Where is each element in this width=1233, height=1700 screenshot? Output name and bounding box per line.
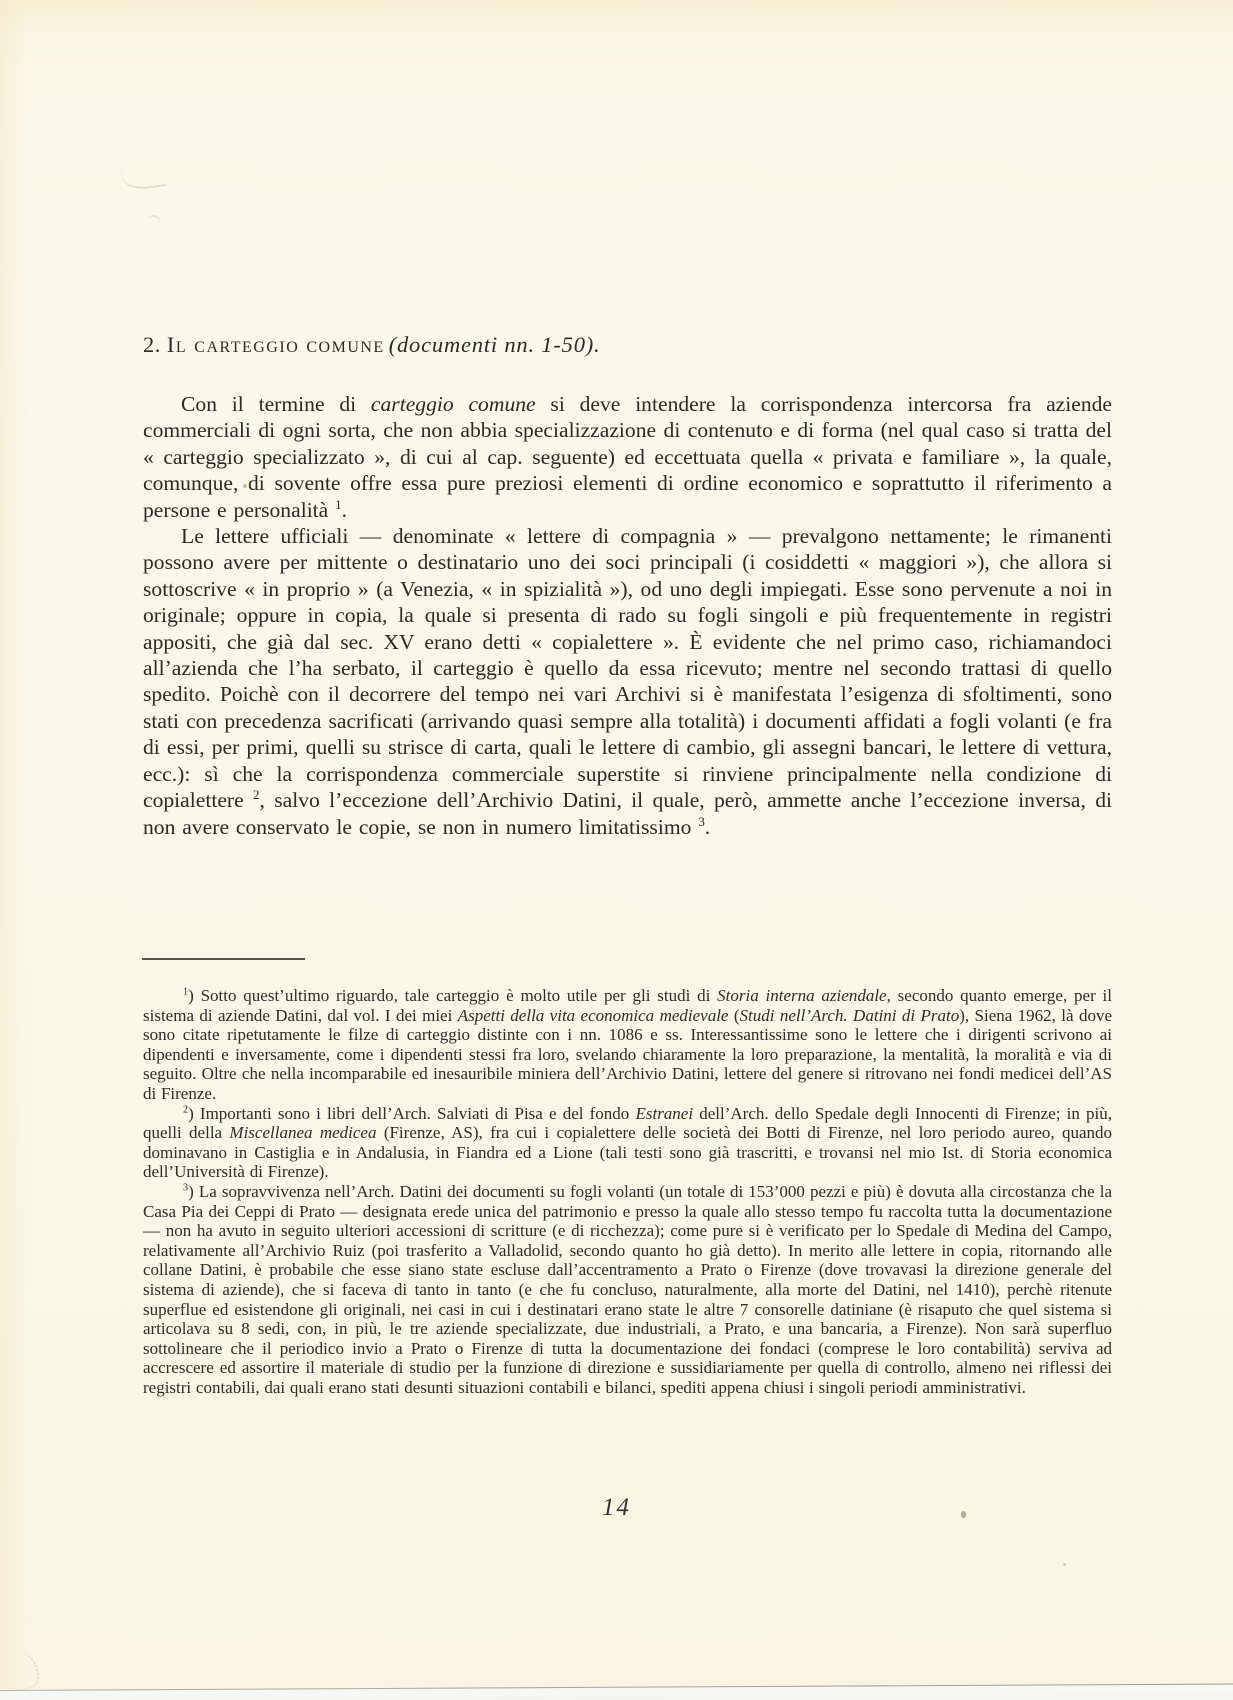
body-text: Con il termine di carteggio comune si de…: [143, 391, 1112, 840]
footnote-separator-rule: [142, 958, 305, 960]
paper-sheet: [0, 0, 1233, 1689]
section-title: Il carteggio comune: [161, 332, 385, 357]
section-heading: 2.Il carteggio comune(documenti nn. 1-50…: [143, 332, 1123, 358]
paragraph-2: Le lettere ufficiali — denominate « lett…: [143, 523, 1112, 840]
scanned-book-page: 2.Il carteggio comune(documenti nn. 1-50…: [0, 0, 1233, 1700]
footnote-2: 2) Importanti sono i libri dell’Arch. Sa…: [143, 1104, 1112, 1182]
paragraph-1: Con il termine di carteggio comune si de…: [143, 391, 1112, 523]
section-reference: (documenti nn. 1-50).: [385, 332, 601, 357]
section-number: 2.: [143, 332, 161, 357]
page-number: 14: [0, 1494, 1233, 1522]
footnotes-block: 1) Sotto quest’ultimo riguardo, tale car…: [143, 986, 1112, 1397]
footnote-1: 1) Sotto quest’ultimo riguardo, tale car…: [143, 986, 1112, 1104]
footnote-3: 3) La sopravvivenza nell’Arch. Datini de…: [143, 1182, 1112, 1398]
